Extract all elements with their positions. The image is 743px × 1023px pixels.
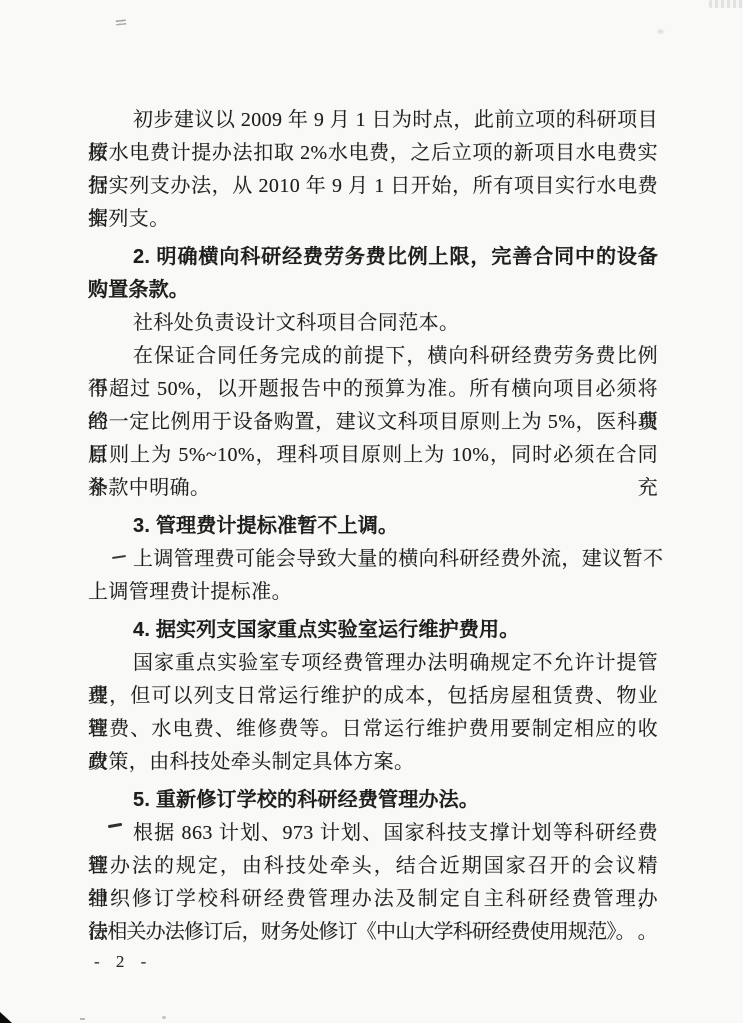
document-body: 初步建议以 2009 年 9 月 1 日为时点，此前立项的科研项目按 原水电费计…: [88, 104, 658, 949]
heading-item-4: 4. 据实列支国家重点实验室运行维护费用。: [88, 614, 658, 647]
text-line: 政策，由科技处牵头制定具体方案。: [88, 746, 658, 779]
text-line: 理办法的规定，由科技处牵头，结合近期国家召开的会议精神，: [88, 850, 658, 883]
text-line: 实列支。: [88, 203, 658, 236]
text-line: 组织修订学校科研经费管理办法及制定自主科研经费管理办法。: [88, 883, 658, 916]
heading-item-5: 5. 重新修订学校的科研经费管理办法。: [88, 784, 658, 817]
page-number: - 2 -: [94, 950, 152, 974]
text-line: 在保证合同任务完成的前提下，横向科研经费劳务费比例不: [88, 340, 658, 373]
paragraph-item-4: 国家重点实验室专项经费管理办法明确规定不允许计提管理 费，但可以列支日常运行维护…: [88, 647, 658, 779]
text-line: 据实列支办法，从 2010 年 9 月 1 日开始，所有项目实行水电费据: [88, 170, 658, 203]
text-line: 费，但可以列支日常运行维护的成本，包括房屋租赁费、物业管: [88, 680, 658, 713]
text-line: 根据 863 计划、973 计划、国家科技支撑计划等科研经费管: [88, 817, 658, 850]
scanned-document-page: { "colors": { "paper": "#f9f9f7", "ink":…: [0, 0, 743, 1023]
text-line: 上调管理费可能会导致大量的横向科研经费外流，建议暂不: [88, 543, 658, 576]
text-line: 4. 据实列支国家重点实验室运行维护费用。: [88, 614, 658, 647]
text-line: 原则上为 5%~10%，理科项目原则上为 10%，同时必须在合同补充: [88, 439, 658, 472]
scan-speck: [80, 1018, 85, 1020]
text-line: 购置条款。: [88, 274, 658, 307]
text-line: 2. 明确横向科研经费劳务费比例上限，完善合同中的设备: [88, 241, 658, 274]
text-line: 社科处负责设计文科项目合同范本。: [88, 307, 658, 340]
pen-squiggle-mark: [116, 19, 126, 25]
text-line: 3. 管理费计提标准暂不上调。: [88, 510, 658, 543]
paragraph-item-2b: 在保证合同任务完成的前提下，横向科研经费劳务费比例不 得超过 50%，以开题报告…: [88, 340, 658, 505]
text-line: 初步建议以 2009 年 9 月 1 日为时点，此前立项的科研项目按: [88, 104, 658, 137]
text-line: 原水电费计提办法扣取 2%水电费，之后立项的新项目水电费实行: [88, 137, 658, 170]
scan-speck: [656, 28, 665, 35]
text-line: 上调管理费计提标准。: [88, 576, 658, 609]
text-line: 国家重点实验室专项经费管理办法明确规定不允许计提管理: [88, 647, 658, 680]
paragraph-item-3: 上调管理费可能会导致大量的横向科研经费外流，建议暂不 上调管理费计提标准。: [88, 543, 658, 609]
scan-corner-blot: [0, 1012, 12, 1023]
scan-speck: [162, 1016, 166, 1019]
heading-item-3: 3. 管理费计提标准暂不上调。: [88, 510, 658, 543]
text-line: 的一定比例用于设备购置，建议文科项目原则上为 5%，医科项目: [88, 406, 658, 439]
heading-item-2: 2. 明确横向科研经费劳务费比例上限，完善合同中的设备 购置条款。: [88, 241, 658, 307]
text-line: 待相关办法修订后，财务处修订《中山大学科研经费使用规范》。: [88, 916, 658, 949]
text-line: 得超过 50%，以开题报告中的预算为准。所有横向项目必须将经费: [88, 373, 658, 406]
text-line: 5. 重新修订学校的科研经费管理办法。: [88, 784, 658, 817]
text-line: 理费、水电费、维修费等。日常运行维护费用要制定相应的收费: [88, 713, 658, 746]
scan-noise-smudge: [709, 0, 743, 8]
paragraph-item-2a: 社科处负责设计文科项目合同范本。: [88, 307, 658, 340]
paragraph-item-5: 根据 863 计划、973 计划、国家科技支撑计划等科研经费管 理办法的规定，由…: [88, 817, 658, 949]
paragraph-opening: 初步建议以 2009 年 9 月 1 日为时点，此前立项的科研项目按 原水电费计…: [88, 104, 658, 236]
